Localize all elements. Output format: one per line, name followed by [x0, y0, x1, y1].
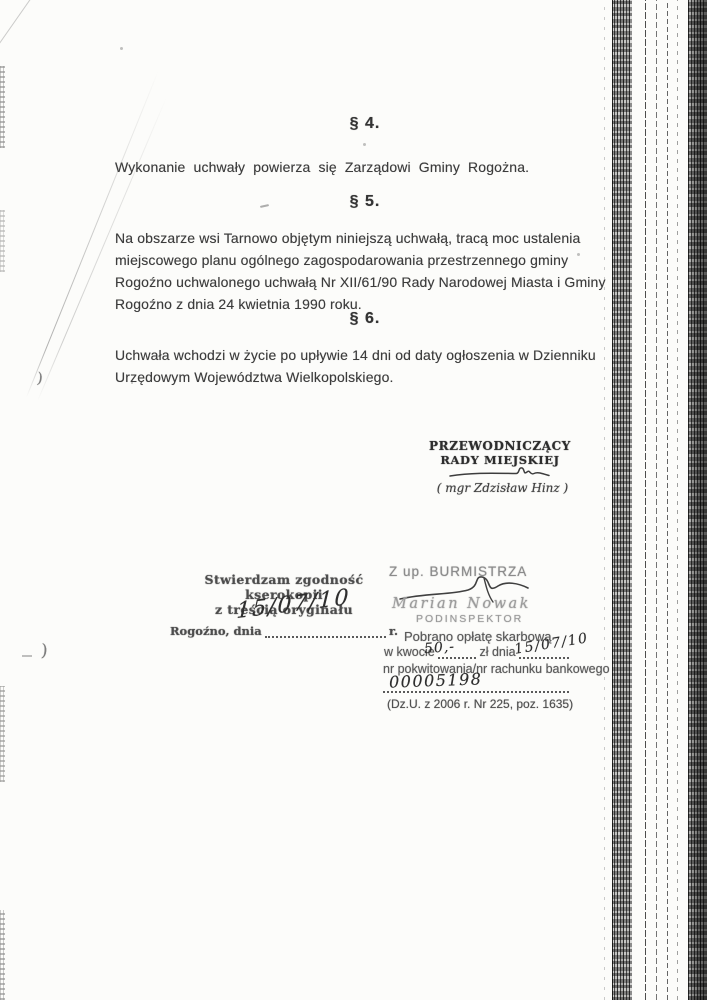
dotted-fill-line: [265, 625, 386, 638]
handwritten-fee-amount: 50,-: [423, 639, 455, 657]
scan-edge-noise: [0, 910, 5, 1000]
handwritten-receipt-number: 00005198: [389, 669, 483, 691]
section-heading-5: § 5.: [115, 193, 615, 211]
speck-artifact: [363, 143, 366, 146]
scan-artifact-line: [656, 0, 657, 1000]
chairman-title-line1: PRZEWODNICZĄCY: [425, 439, 575, 453]
scan-edge-noise: [0, 210, 5, 272]
certification-place-label: Rogoźno, dnia: [170, 624, 262, 638]
scan-artifact-line: [677, 0, 678, 1000]
margin-dash-artifact: [22, 655, 32, 657]
scan-artifact-line: [645, 0, 646, 1000]
scan-edge-noise: [0, 66, 5, 148]
chairman-name: ( mgr Zdzisław Hinz ): [420, 481, 585, 495]
paragraph-line: Na obszarze wsi Tarnowo objętym niniejsz…: [115, 227, 645, 249]
scan-artifact-band: [688, 0, 707, 1000]
paragraph-section-5: Na obszarze wsi Tarnowo objętym niniejsz…: [115, 227, 645, 315]
speck-artifact: [131, 382, 133, 384]
paragraph-line: miejscowego planu ogólnego zagospodarowa…: [115, 249, 645, 271]
speck-artifact: [120, 47, 123, 50]
paragraph-line: Uchwała wchodzi w życie po upływie 14 dn…: [115, 344, 645, 366]
scanned-document-page: § 4. Wykonanie uchwały powierza się Zarz…: [0, 0, 707, 1000]
certification-year-suffix: r.: [389, 624, 398, 638]
chairman-signature-squiggle: [448, 463, 556, 483]
fee-legal-reference: (Dz.U. z 2006 r. Nr 225, poz. 1635): [387, 697, 573, 711]
scan-artifact-line: [667, 0, 668, 1000]
paragraph-line: Urzędowym Województwa Wielkopolskiego.: [115, 366, 645, 388]
margin-paren-mark: ): [40, 641, 48, 661]
paragraph-section-4: Wykonanie uchwały powierza się Zarządowi…: [115, 156, 645, 178]
scan-artifact-band: [612, 0, 632, 1000]
section-heading-6: § 6.: [115, 310, 615, 328]
paragraph-line: Wykonanie uchwały powierza się Zarządowi…: [115, 156, 645, 178]
scan-scratch-line: [0, 0, 39, 47]
scan-edge-noise: [0, 686, 5, 782]
paragraph-section-6: Uchwała wchodzi w życie po upływie 14 dn…: [115, 344, 645, 388]
speck-artifact: [577, 253, 580, 256]
fee-date-label: zł dnia: [479, 645, 515, 659]
deputy-name-stamp: Marian Nowak: [392, 596, 531, 612]
section-heading-4: § 4.: [115, 115, 615, 133]
deputy-position-stamp: PODINSPEKTOR: [416, 613, 523, 625]
paragraph-line: Rogoźno uchwalonego uchwałą Nr XII/61/90…: [115, 271, 645, 293]
certification-stamp-date-line: Rogoźno, dnia r.: [170, 624, 398, 638]
scan-artifact-line: [604, 0, 605, 1000]
